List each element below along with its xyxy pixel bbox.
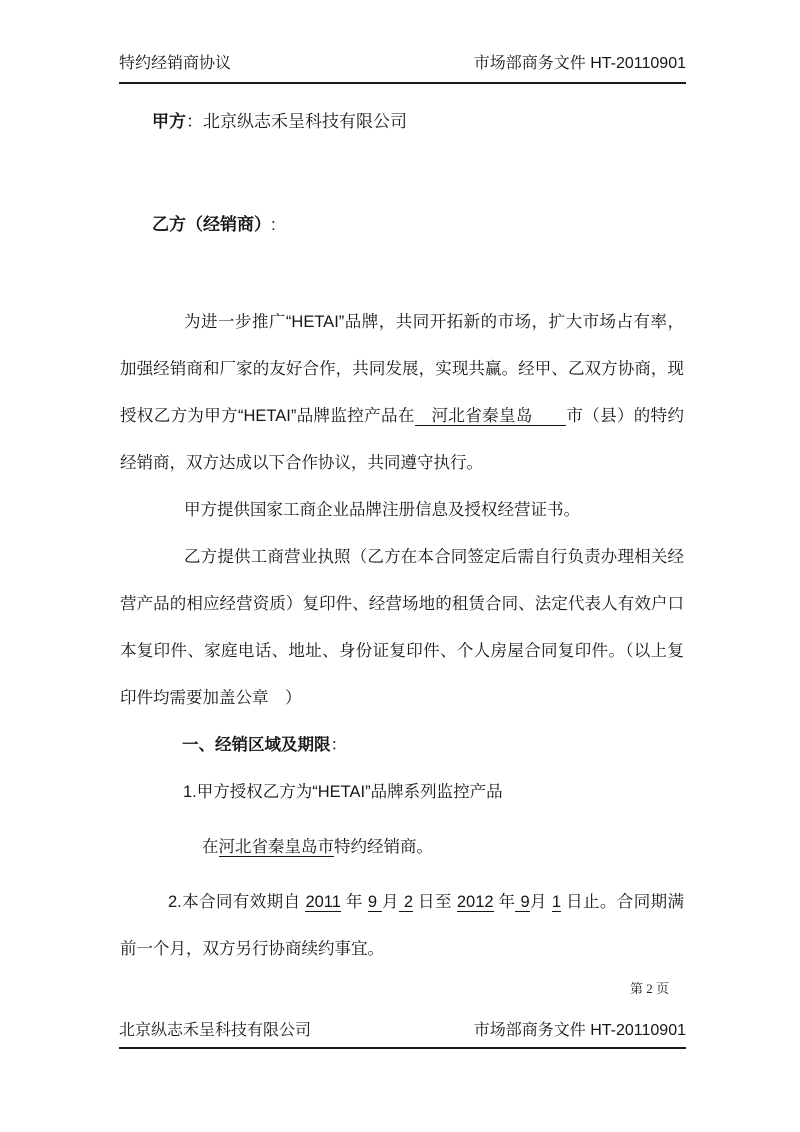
header-doc-code: 市场部商务文件 HT-20110901: [474, 54, 686, 74]
item2-paragraph: 2.本合同有效期自 2011 年 9 月 2 日至 2012 年 9月 1 日止…: [120, 879, 684, 973]
header-title: 特约经销商协议: [119, 54, 231, 74]
text-run: 年: [341, 893, 368, 911]
underlined-fill-in-value: 2: [399, 893, 413, 912]
party-b-line: 乙方（经销商）:: [152, 214, 276, 236]
underlined-fill-in-value: 9: [368, 893, 382, 912]
intro-paragraph: 为进一步推广“HETAI”品牌，共同开拓新的市场，扩大市场占有率，加强经销商和厂…: [120, 299, 684, 487]
text-run: 月: [530, 893, 552, 911]
item1-line2: 在河北省秦皇岛市特约经销商。: [120, 824, 684, 871]
text-run: 月: [382, 893, 399, 911]
text-run: 2.本合同有效期自: [168, 893, 305, 911]
item1-line2-pre: 在: [202, 838, 219, 856]
party-a-value: ：北京纵志禾呈科技有限公司: [186, 112, 407, 131]
party-b-label: 乙方（经销商）: [152, 215, 271, 234]
item1-territory-underline: 河北省秦皇岛市: [219, 838, 335, 857]
section1-heading-label: 一、经销区域及期限: [182, 736, 331, 754]
page-header: 特约经销商协议 市场部商务文件 HT-20110901: [119, 54, 686, 84]
party-b-colon: :: [271, 215, 276, 234]
section1-heading: 一、经销区域及期限：: [120, 722, 684, 769]
text-run: 日至: [413, 893, 457, 911]
section1-heading-colon: ：: [331, 736, 348, 754]
page-footer: 北京纵志禾呈科技有限公司 市场部商务文件 HT-20110901: [119, 1021, 686, 1049]
party-a-provides-paragraph: 甲方提供国家工商企业品牌注册信息及授权经营证书。: [120, 487, 684, 534]
contract-document-page: 特约经销商协议 市场部商务文件 HT-20110901 甲方：北京纵志禾呈科技有…: [0, 0, 800, 1132]
item1-line2-post: 特约经销商。: [334, 838, 433, 856]
underlined-fill-in-value: 1: [552, 893, 561, 912]
party-b-provides-paragraph: 乙方提供工商营业执照（乙方在本合同签定后需自行负责办理相关经营产品的相应经营资质…: [120, 534, 684, 722]
underlined-fill-in-value: 2011: [305, 893, 340, 912]
underlined-fill-in-value: 2012: [457, 893, 494, 912]
territory-blank-underline: 河北省秦皇岛: [415, 407, 567, 426]
item1-line1: 1.甲方授权乙方为“HETAI”品牌系列监控产品: [120, 769, 684, 816]
footer-company: 北京纵志禾呈科技有限公司: [119, 1021, 311, 1041]
party-a-label: 甲方: [152, 112, 186, 131]
document-body: 为进一步推广“HETAI”品牌，共同开拓新的市场，扩大市场占有率，加强经销商和厂…: [120, 299, 684, 973]
page-number: 第 2 页: [630, 981, 669, 997]
party-a-line: 甲方：北京纵志禾呈科技有限公司: [152, 111, 407, 133]
footer-doc-code: 市场部商务文件 HT-20110901: [474, 1021, 686, 1041]
text-run: 年: [494, 893, 516, 911]
underlined-fill-in-value: 9: [515, 893, 529, 912]
